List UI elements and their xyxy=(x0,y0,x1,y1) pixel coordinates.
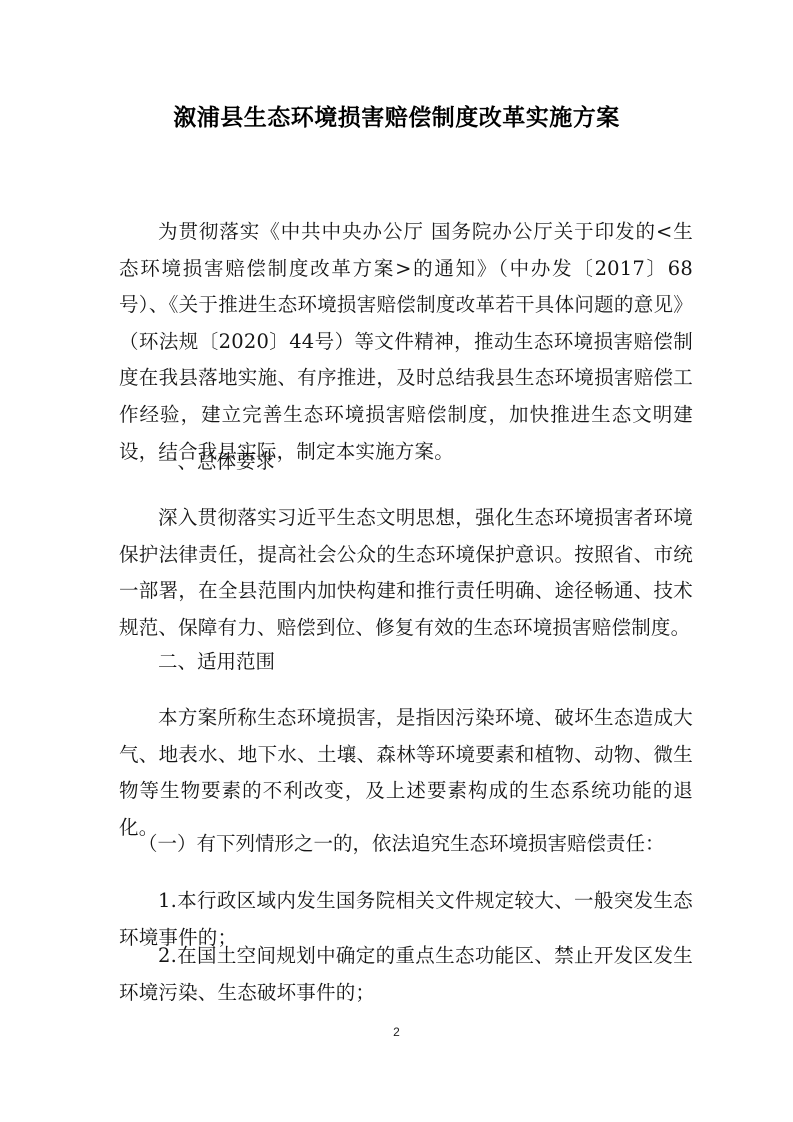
page-number: 2 xyxy=(0,1025,793,1039)
list-item-2: 2.在国土空间规划中确定的重点生态功能区、禁止开发区发生环境污染、生态破坏事件的… xyxy=(119,938,693,1011)
section-heading-scope: 二、适用范围 xyxy=(119,644,693,681)
intro-paragraph: 为贯彻落实《中共中央办公厅 国务院办公厅关于印发的<生态环境损害赔偿制度改革方案… xyxy=(119,214,693,470)
section-body-general-requirements: 深入贯彻落实习近平生态文明思想，强化生态环境损害者环境保护法律责任，提高社会公众… xyxy=(119,500,693,646)
section-heading-general-requirements: 一、总体要求 xyxy=(119,444,693,481)
document-page: 溆浦县生态环境损害赔偿制度改革实施方案 为贯彻落实《中共中央办公厅 国务院办公厅… xyxy=(0,0,793,1122)
document-title: 溆浦县生态环境损害赔偿制度改革实施方案 xyxy=(0,102,793,134)
subsection-heading-liability: （一）有下列情形之一的，依法追究生态环境损害赔偿责任： xyxy=(119,826,693,863)
section-body-scope: 本方案所称生态环境损害，是指因污染环境、破坏生态造成大气、地表水、地下水、土壤、… xyxy=(119,700,693,846)
